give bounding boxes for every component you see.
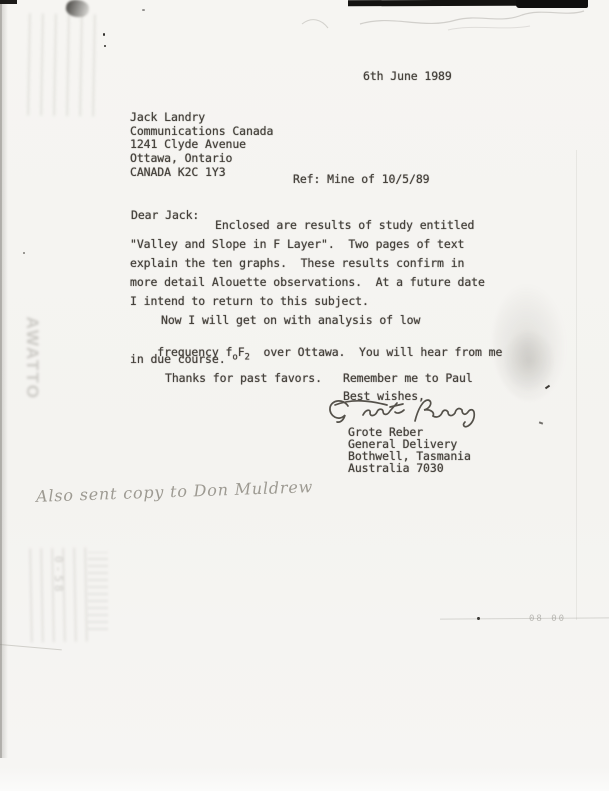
recipient-city: Ottawa, Ontario: [130, 152, 232, 164]
freq-text-post: over Ottawa. You will hear from me: [250, 345, 502, 359]
body-line-3: explain the ten graphs. These results co…: [130, 257, 464, 269]
body-line-1: Enclosed are results of study entitled: [215, 219, 474, 231]
recipient-org: Communications Canada: [130, 125, 273, 137]
handwritten-note-don-muldrew: Also sent copy to Don Muldrew: [36, 477, 314, 506]
faint-meter-stamp: 08 00: [529, 614, 566, 624]
scan-artifact-line: [440, 617, 609, 619]
bleedthrough-stamp-text: OTTAWA: [22, 276, 42, 398]
body-line-in-due-course: in due course.: [130, 353, 226, 365]
dust-speck: [103, 33, 105, 36]
pen-tick-mark: [539, 421, 543, 424]
thanks-line: Thanks for past favors.: [165, 372, 322, 384]
pencil-squiggle-top-right: [298, 4, 590, 36]
salutation: Dear Jack:: [131, 209, 199, 221]
bleedthrough-column-bottom-left: [88, 552, 108, 630]
dust-speck: [104, 45, 106, 47]
paper-bottom-edge: [0, 644, 62, 650]
signer-country-postcode: Australia 7030: [348, 462, 444, 474]
dust-speck: [23, 252, 25, 254]
scan-artifact-bar-top-left: [0, 0, 17, 4]
remember-line: Remember me to Paul: [343, 372, 473, 384]
body-line-4: more detail Alouette observations. At a …: [130, 276, 485, 288]
paper-fold-line: [576, 150, 577, 620]
recipient-street: 1241 Clyde Avenue: [130, 138, 246, 150]
recipient-country-postal: CANADA K2C 1Y3: [130, 166, 226, 178]
dust-speck: [142, 9, 145, 11]
body-line-6: Now I will get on with analysis of low: [161, 314, 420, 326]
letter-date: 6th June 1989: [363, 70, 452, 82]
bleedthrough-meter-number: 0-58: [52, 556, 65, 628]
body-line-5: I intend to return to this subject.: [130, 295, 369, 307]
scanned-letter-page: OTTAWA 0-58 08 00 6th June 1989 Jack Lan…: [0, 0, 609, 791]
bleedthrough-block-top-left: [27, 13, 107, 116]
recipient-name: Jack Landry: [130, 111, 205, 123]
scan-noise-cloud: [503, 330, 555, 392]
reference-line: Ref: Mine of 10/5/89: [293, 173, 429, 185]
freq-text-f: F: [238, 345, 245, 359]
body-line-2: "Valley and Slope in F Layer". Two pages…: [130, 238, 464, 250]
